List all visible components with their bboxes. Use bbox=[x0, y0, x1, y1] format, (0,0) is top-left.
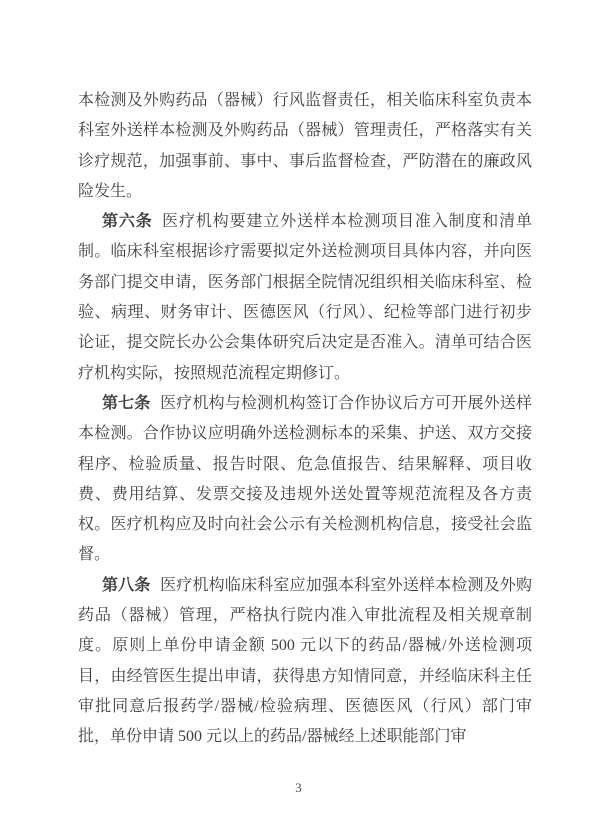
paragraph-text: 医疗机构与检测机构签订合作协议后方可开展外送样本检测。合作协议应明确外送检测标本… bbox=[78, 395, 532, 563]
page-footer: 3 bbox=[0, 779, 597, 797]
document-body: 本检测及外购药品（器械）行风监督责任，相关临床科室负责本科室外送样本检测及外购药… bbox=[78, 86, 532, 753]
paragraph-text: 医疗机构临床科室应加强本科室外送样本检测及外购药品（器械）管理，严格执行院内准入… bbox=[78, 577, 532, 745]
paragraph-article-8: 第八条医疗机构临床科室应加强本科室外送样本检测及外购药品（器械）管理，严格执行院… bbox=[78, 571, 532, 753]
document-page: 本检测及外购药品（器械）行风监督责任，相关临床科室负责本科室外送样本检测及外购药… bbox=[0, 0, 597, 828]
paragraph-article-7: 第七条医疗机构与检测机构签订合作协议后方可开展外送样本检测。合作协议应明确外送检… bbox=[78, 389, 532, 571]
paragraph-text: 医疗机构要建立外送样本检测项目准入制度和清单制。临床科室根据诊疗需要拟定外送检测… bbox=[78, 213, 532, 381]
paragraph-continuation: 本检测及外购药品（器械）行风监督责任，相关临床科室负责本科室外送样本检测及外购药… bbox=[78, 86, 532, 207]
article-8-label: 第八条 bbox=[102, 577, 151, 594]
page-number: 3 bbox=[295, 780, 302, 795]
article-7-label: 第七条 bbox=[102, 395, 151, 412]
paragraph-article-6: 第六条医疗机构要建立外送样本检测项目准入制度和清单制。临床科室根据诊疗需要拟定外… bbox=[78, 207, 532, 389]
paragraph-text: 本检测及外购药品（器械）行风监督责任，相关临床科室负责本科室外送样本检测及外购药… bbox=[78, 92, 532, 200]
article-6-label: 第六条 bbox=[102, 213, 153, 230]
